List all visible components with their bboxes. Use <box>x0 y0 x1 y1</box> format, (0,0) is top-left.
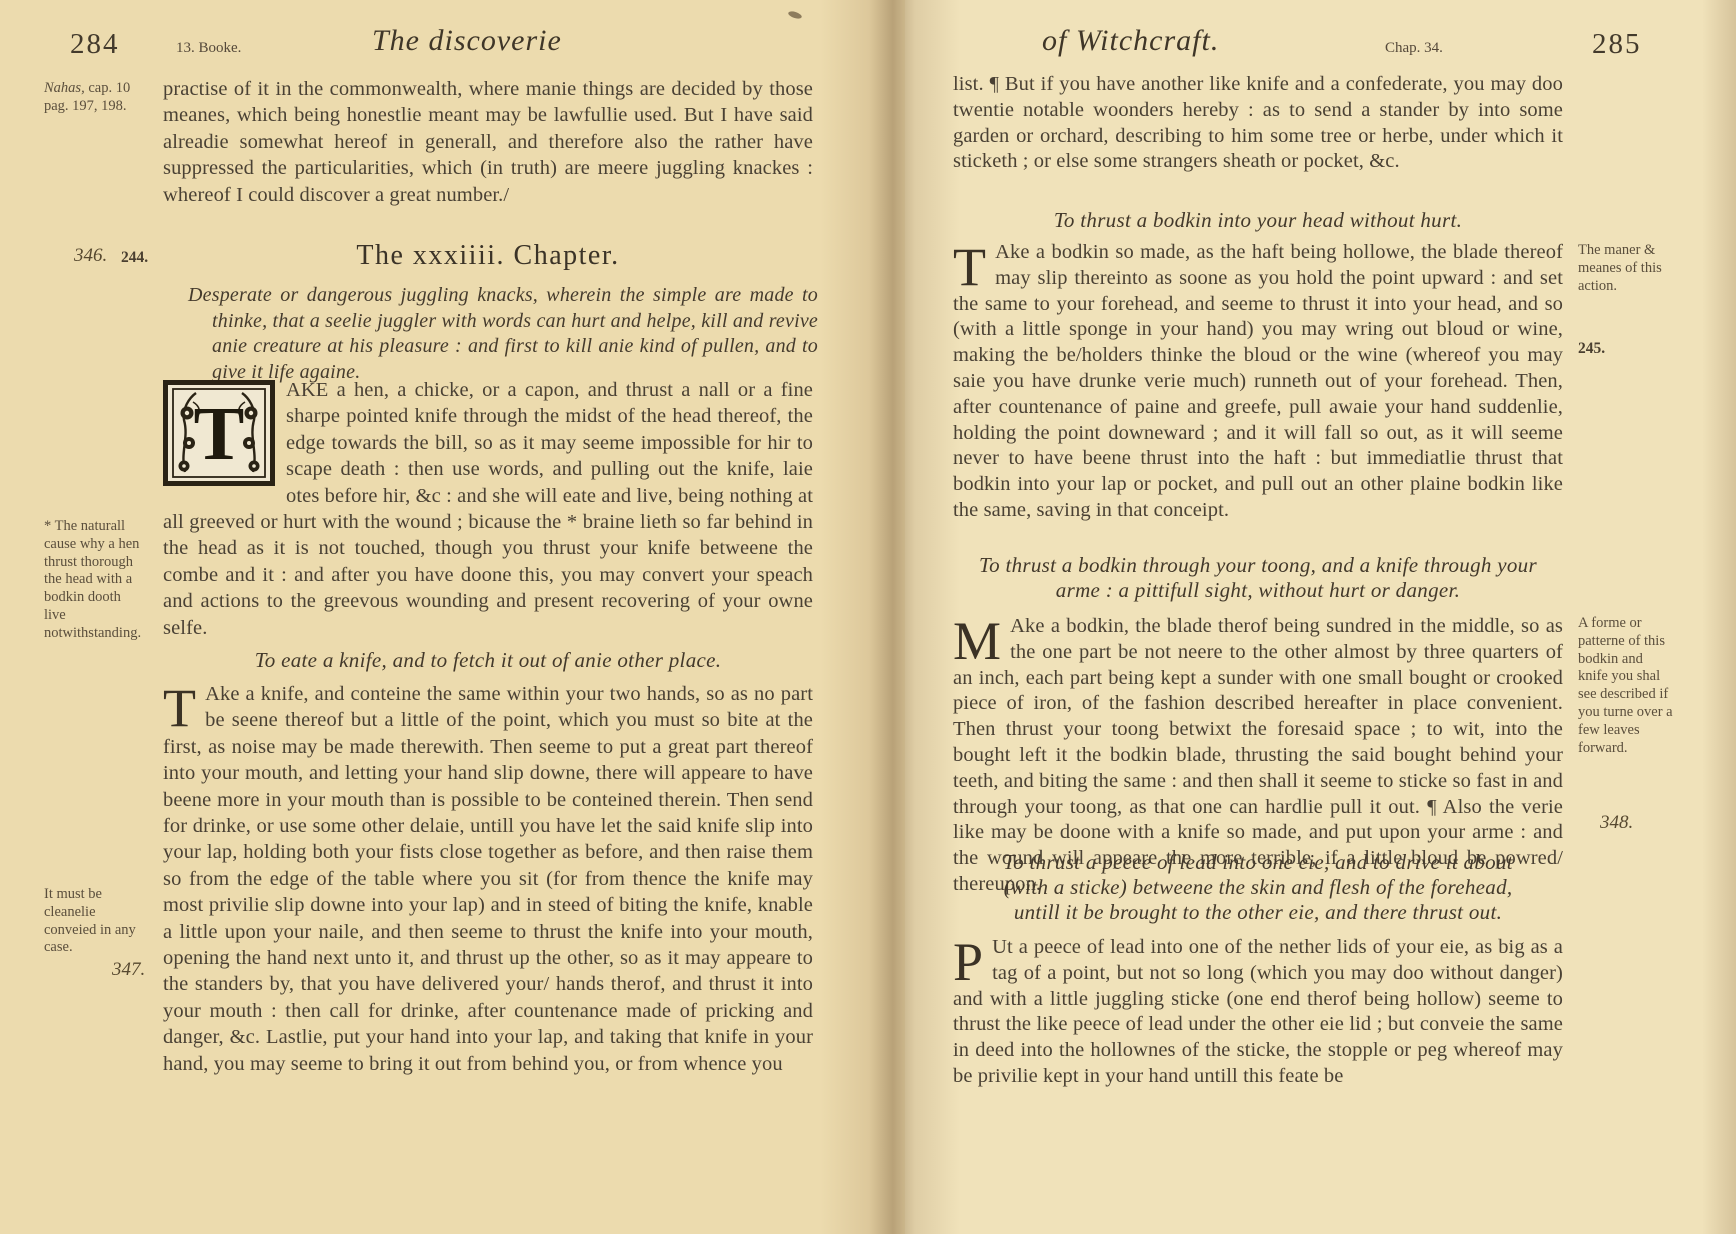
margin-note-nahas-italic: Nahas, <box>44 80 85 96</box>
paragraph-bodkin: TAke a bodkin so made, as the haft being… <box>953 240 1563 524</box>
right-running-title: of Witchcraft. <box>1042 24 1219 58</box>
left-running-title: The discoverie <box>372 24 562 58</box>
left-booke-label: 13. Booke. <box>176 40 241 57</box>
paragraph-commonwealth: practise of it in the commonwealth, wher… <box>163 76 813 208</box>
drop-cap-T-bodkin: T <box>953 240 995 289</box>
margin-annotation-346: 346. <box>74 245 107 267</box>
margin-annotation-347: 347. <box>112 959 145 981</box>
woodcut-initial-T-icon: T <box>163 380 275 486</box>
drop-cap-T-knife: T <box>163 681 205 730</box>
drop-cap-M-toong: M <box>953 614 1010 663</box>
paragraph-knife: TAke a knife, and conteine the same with… <box>163 681 813 1077</box>
section-heading-bodkin-head: To thrust a bodkin into your head withou… <box>953 208 1563 233</box>
margin-number-245: 245. <box>1578 340 1605 358</box>
left-page-number: 284 <box>70 28 120 61</box>
margin-note-forme: A forme or patterne of this bodkin and k… <box>1578 615 1674 757</box>
margin-note-hen: * The naturall cause why a hen thrust th… <box>44 518 140 643</box>
page-gutter-shadow <box>820 0 960 1234</box>
paragraph-lead: PUt a peece of lead into one of the neth… <box>953 935 1563 1090</box>
margin-note-cleanelie: It must be cleanelie conveied in any cas… <box>44 886 146 957</box>
section-heading-toong: To thrust a bodkin through your toong, a… <box>978 553 1538 603</box>
page-right-edge-shadow <box>1702 0 1736 1234</box>
margin-number-244: 244. <box>121 249 148 267</box>
section-heading-eate-knife: To eate a knife, and to fetch it out of … <box>163 648 813 673</box>
paragraph-lead-text: Ut a peece of lead into one of the nethe… <box>953 936 1563 1087</box>
paragraph-bodkin-text: Ake a bodkin so made, as the haft being … <box>953 241 1563 521</box>
paragraph-knife-text: Ake a knife, and conteine the same withi… <box>163 683 813 1075</box>
chapter-argument: Desperate or dangerous juggling knacks, … <box>188 283 818 385</box>
section-heading-lead: To thrust a peece of lead into one eie, … <box>988 850 1528 925</box>
right-page-number: 285 <box>1592 28 1642 61</box>
margin-annotation-348: 348. <box>1600 812 1633 834</box>
paragraph-list: list. ¶ But if you have another like kni… <box>953 72 1563 175</box>
chapter-heading: The xxxiiii. Chapter. <box>163 240 813 272</box>
drop-cap-P-lead: P <box>953 935 992 984</box>
right-chap-label: Chap. 34. <box>1385 40 1443 57</box>
ink-speck <box>787 10 802 20</box>
paragraph-hen: T AKE a hen, a chicke, or a capon, and t… <box>163 377 813 641</box>
margin-note-maner: The maner & meanes of this action. <box>1578 242 1678 295</box>
margin-note-nahas: Nahas, cap. 10 pag. 197, 198. <box>44 80 156 116</box>
book-scan: 284 13. Booke. The discoverie Nahas, cap… <box>0 0 1736 1234</box>
svg-text:T: T <box>194 392 245 476</box>
